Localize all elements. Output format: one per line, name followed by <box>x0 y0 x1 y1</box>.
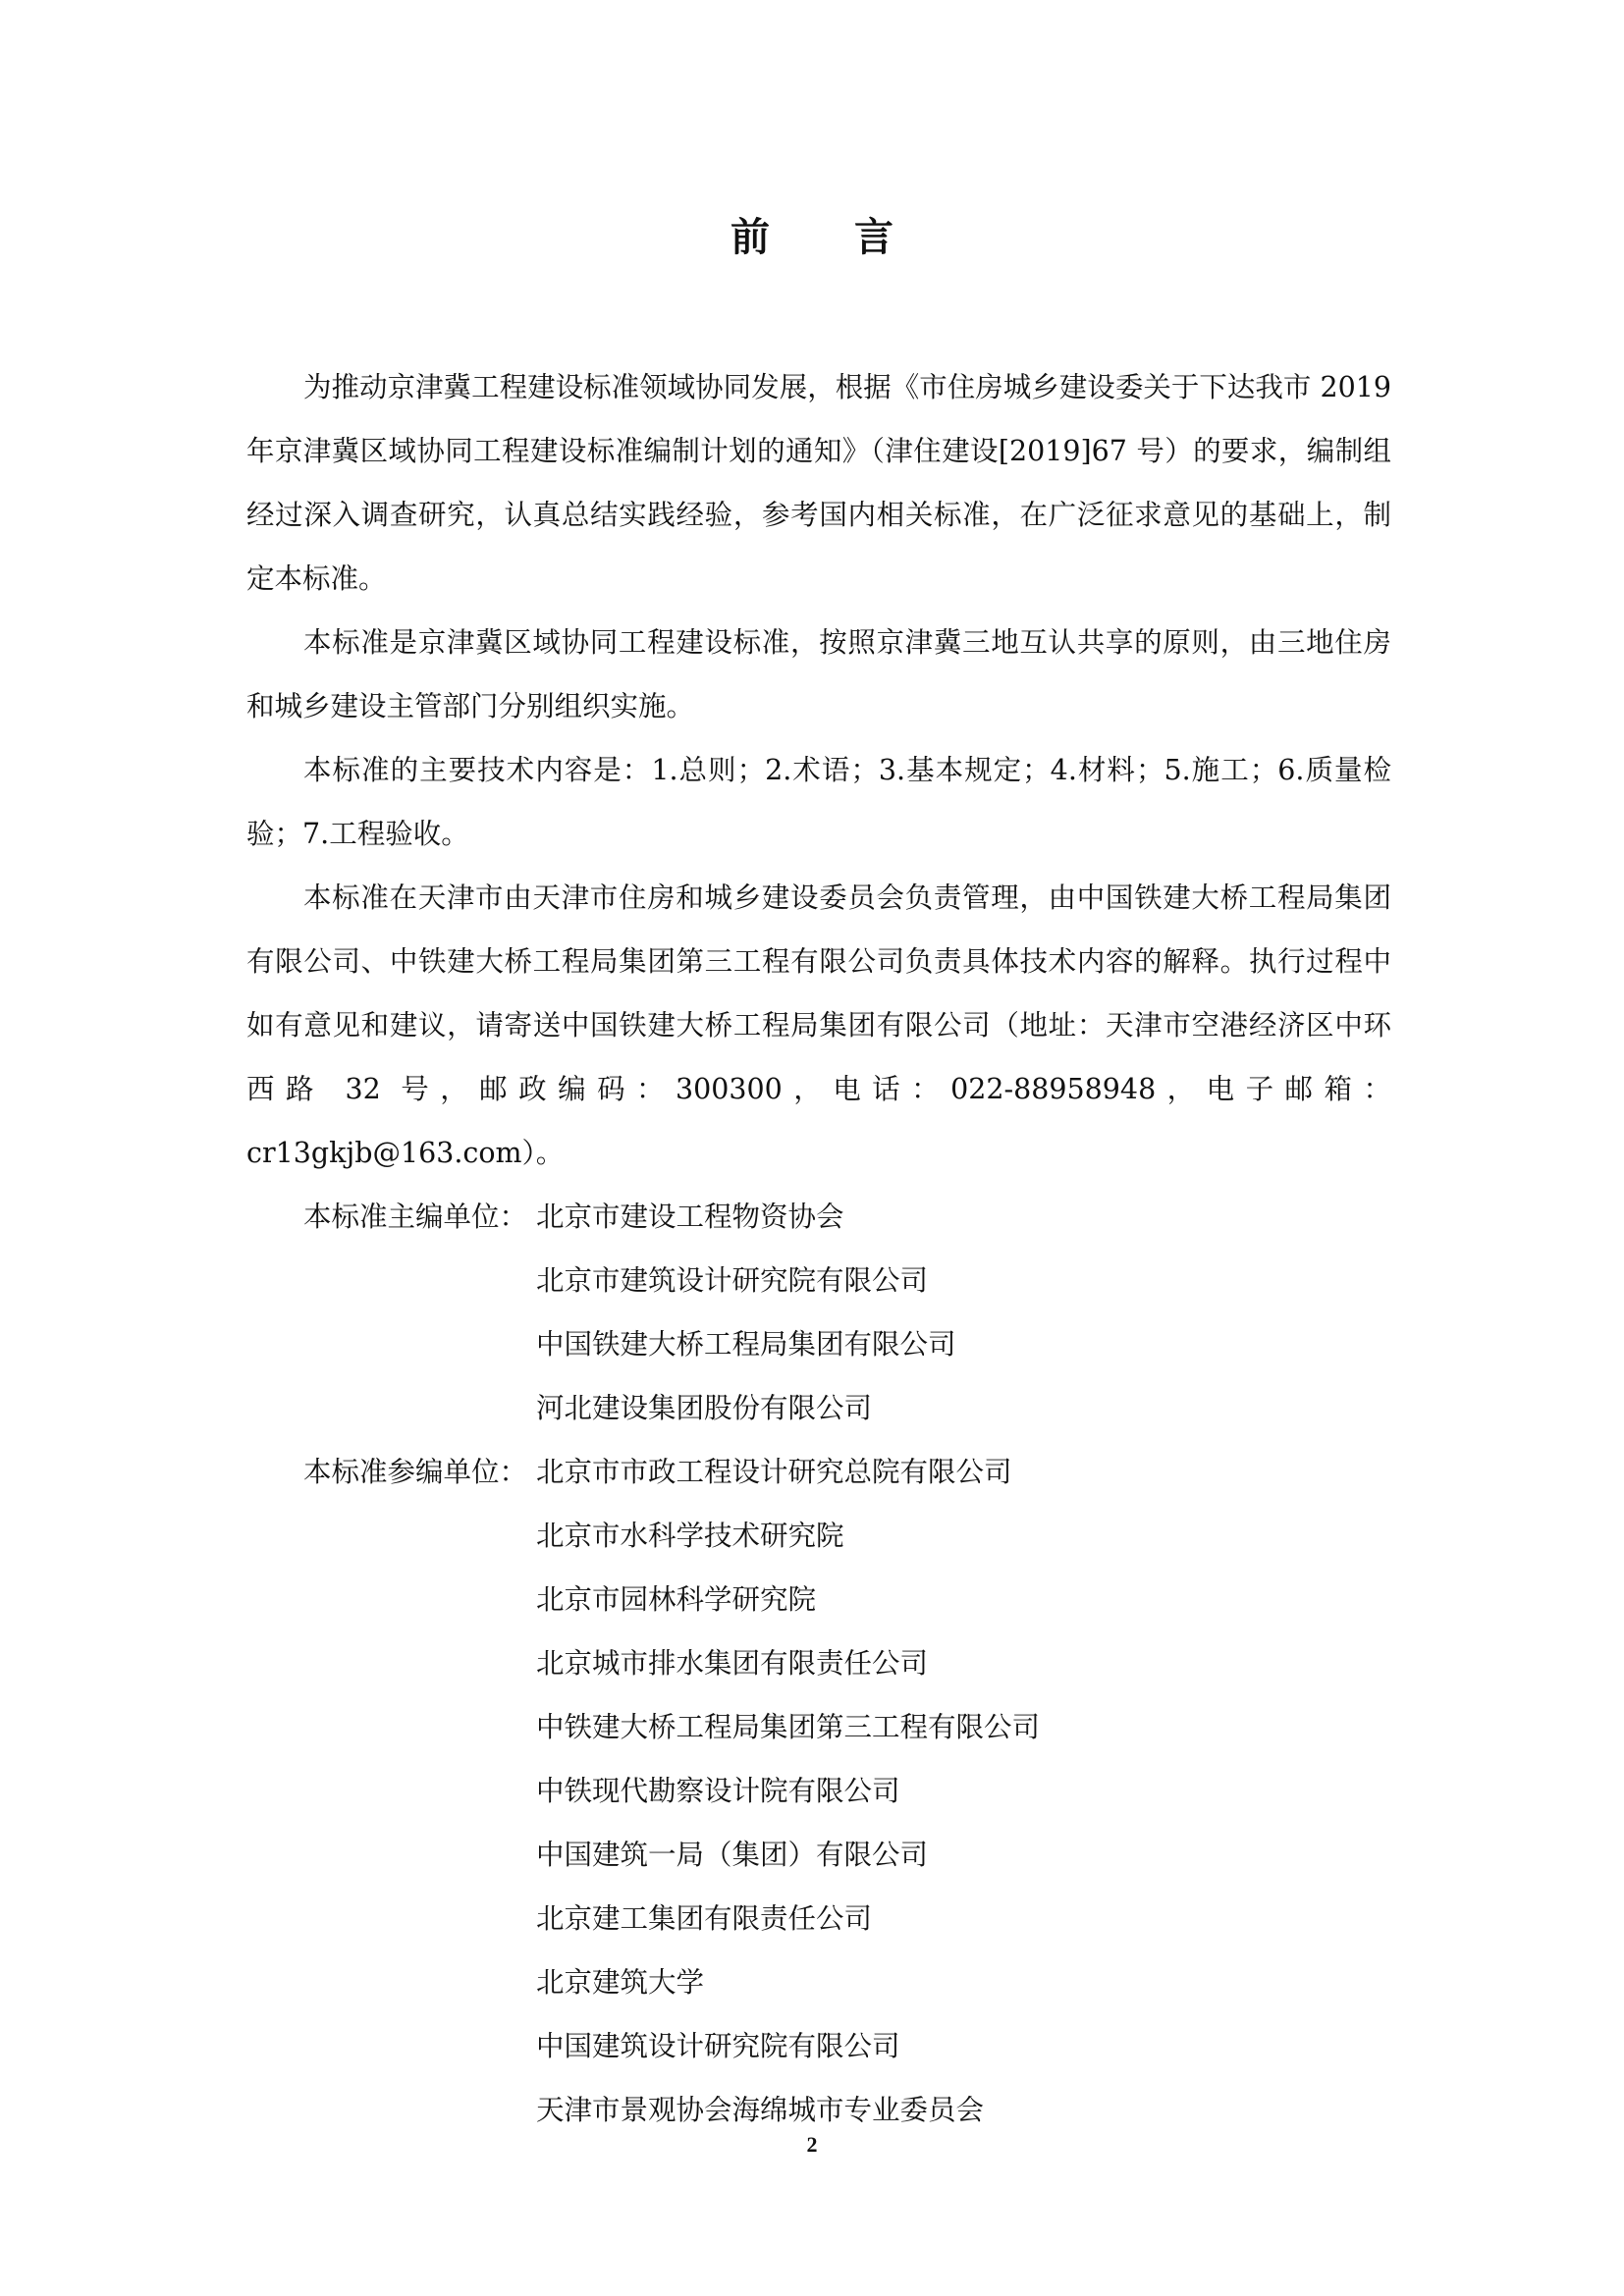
list-item: 河北建设集团股份有限公司 <box>246 1376 1391 1440</box>
unit-name: 中国铁建大桥工程局集团有限公司 <box>536 1312 956 1376</box>
unit-name: 北京市建设工程物资协会 <box>536 1185 844 1249</box>
unit-name: 北京市园林科学研究院 <box>536 1568 816 1631</box>
list-item: 北京市水科学技术研究院 <box>246 1504 1391 1568</box>
title-char: 前 <box>731 206 770 262</box>
unit-name: 北京建工集团有限责任公司 <box>536 1887 872 1950</box>
list-item: 北京建筑大学 <box>246 1950 1391 2014</box>
chief-units-label: 本标准主编单位： <box>246 1185 536 1249</box>
list-item: 北京城市排水集团有限责任公司 <box>246 1631 1391 1695</box>
paragraph-implementation: 本标准是京津冀区域协同工程建设标准，按照京津冀三地互认共享的原则，由三地住房和城… <box>246 611 1391 738</box>
unit-name: 中铁现代勘察设计院有限公司 <box>536 1759 900 1823</box>
paragraph-technical-content: 本标准的主要技术内容是：1.总则；2.术语；3.基本规定；4.材料；5.施工；6… <box>246 738 1391 866</box>
unit-name: 中国建筑设计研究院有限公司 <box>536 2014 900 2078</box>
title-char: 言 <box>854 206 893 262</box>
unit-name: 河北建设集团股份有限公司 <box>536 1376 872 1440</box>
participating-units-label: 本标准参编单位： <box>246 1440 536 1504</box>
list-item: 北京市园林科学研究院 <box>246 1568 1391 1631</box>
page-number: 2 <box>0 2132 1624 2158</box>
unit-name: 北京城市排水集团有限责任公司 <box>536 1631 928 1695</box>
unit-name: 中国建筑一局（集团）有限公司 <box>536 1823 928 1887</box>
list-item: 中国铁建大桥工程局集团有限公司 <box>246 1312 1391 1376</box>
paragraph-management-contact: 本标准在天津市由天津市住房和城乡建设委员会负责管理，由中国铁建大桥工程局集团有限… <box>246 866 1391 1185</box>
unit-name: 北京市水科学技术研究院 <box>536 1504 844 1568</box>
list-item: 中国建筑一局（集团）有限公司 <box>246 1823 1391 1887</box>
list-item: 北京建工集团有限责任公司 <box>246 1887 1391 1950</box>
participating-units-list: 本标准参编单位： 北京市市政工程设计研究总院有限公司 北京市水科学技术研究院 北… <box>246 1440 1391 2142</box>
list-item: 中国建筑设计研究院有限公司 <box>246 2014 1391 2078</box>
list-item: 本标准参编单位： 北京市市政工程设计研究总院有限公司 <box>246 1440 1391 1504</box>
list-item: 中铁建大桥工程局集团第三工程有限公司 <box>246 1695 1391 1759</box>
list-item: 北京市建筑设计研究院有限公司 <box>246 1249 1391 1312</box>
page-title: 前言 <box>0 206 1624 262</box>
unit-name: 北京建筑大学 <box>536 1950 704 2014</box>
chief-units-list: 本标准主编单位： 北京市建设工程物资协会 北京市建筑设计研究院有限公司 中国铁建… <box>246 1185 1391 1440</box>
unit-name: 中铁建大桥工程局集团第三工程有限公司 <box>536 1695 1040 1759</box>
paragraph-background: 为推动京津冀工程建设标准领域协同发展，根据《市住房城乡建设委关于下达我市 201… <box>246 355 1391 611</box>
document-body: 为推动京津冀工程建设标准领域协同发展，根据《市住房城乡建设委关于下达我市 201… <box>246 355 1391 2142</box>
document-page: 前言 为推动京津冀工程建设标准领域协同发展，根据《市住房城乡建设委关于下达我市 … <box>0 0 1624 2296</box>
unit-name: 北京市建筑设计研究院有限公司 <box>536 1249 928 1312</box>
list-item: 中铁现代勘察设计院有限公司 <box>246 1759 1391 1823</box>
unit-name: 北京市市政工程设计研究总院有限公司 <box>536 1440 1012 1504</box>
list-item: 本标准主编单位： 北京市建设工程物资协会 <box>246 1185 1391 1249</box>
